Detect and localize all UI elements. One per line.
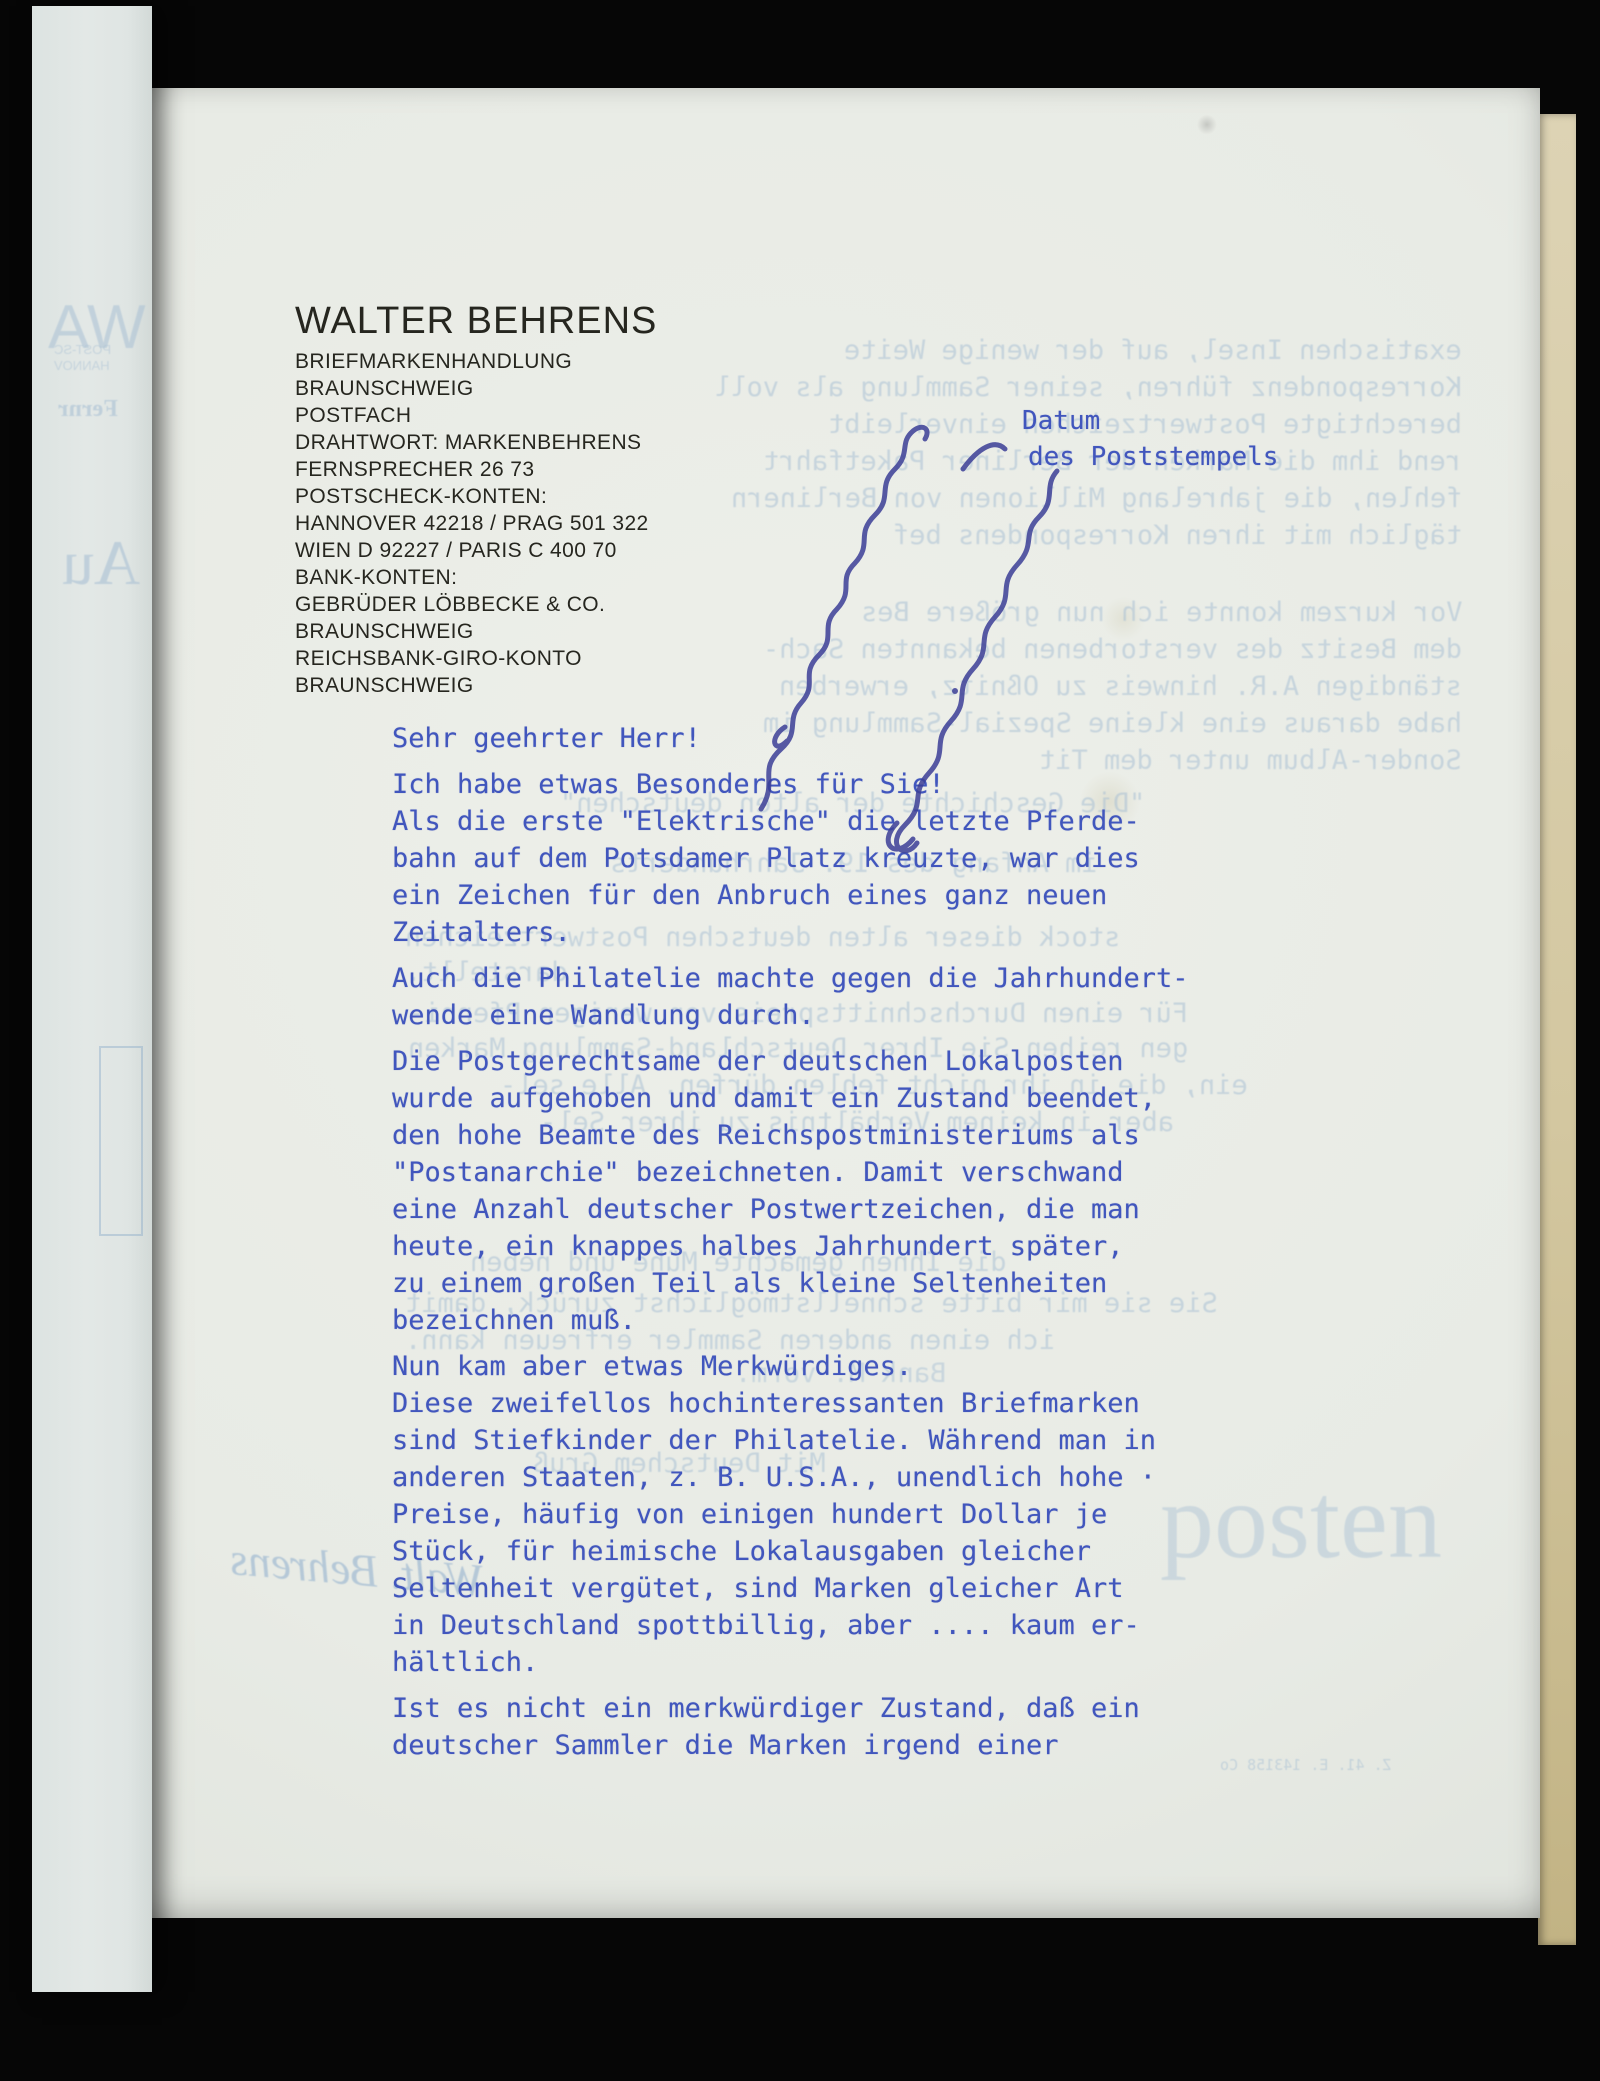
handwritten-annotation [727,373,1067,863]
letter-body: Sehr geehrter Herr!Ich habe etwas Besond… [392,720,1189,1764]
letterhead-line: POSTFACH [295,402,649,429]
letterhead-line: DRAHTWORT: MARKENBEHRENS [295,429,649,456]
left-page-edge: WAPOST-SCHANNOVFernrAu [32,6,152,1992]
letterhead-line: FERNSPRECHER 26 73 [295,456,649,483]
letter-body-line: Stück, für heimische Lokalausgaben gleic… [392,1533,1189,1570]
letterhead-line: BANK-KONTEN: [295,564,649,591]
letter-body-line: wende eine Wandlung durch. [392,997,1189,1034]
letter-body-line [392,1339,1189,1348]
letter-body-line: Auch die Philatelie machte gegen die Jah… [392,960,1189,997]
letter-body-line: Preise, häufig von einigen hundert Dolla… [392,1496,1189,1533]
ghost-text: POST-SC [54,342,111,357]
letter-body-line: heute, ein knappes halbes Jahrhundert sp… [392,1228,1189,1265]
letterhead-line: POSTSCHECK-KONTEN: [295,483,649,510]
letterhead-line: WIEN D 92227 / PARIS C 400 70 [295,537,649,564]
letter-body-line: sind Stiefkinder der Philatelie. Während… [392,1422,1189,1459]
letterhead-address-block: BRIEFMARKENHANDLUNGBRAUNSCHWEIGPOSTFACHD… [295,348,649,699]
letter-body-line [392,1681,1189,1690]
ghost-text: Fernr [58,396,118,423]
letterhead-line: GEBRÜDER LÖBBECKE & CO. [295,591,649,618]
letter-body-line: Ist es nicht ein merkwürdiger Zustand, d… [392,1690,1189,1727]
scanned-letter-background: WAPOST-SCHANNOVFernrAu exatischen Insel,… [0,0,1600,2081]
ghost-text: Z. 41. E. 143158 Co [1220,1756,1392,1774]
letter-body-line: in Deutschland spottbillig, aber .... ka… [392,1607,1189,1644]
ghost-frame-bleedthrough [99,1046,143,1236]
ghost-text: Au [62,526,140,600]
letterhead-line: BRAUNSCHWEIG [295,672,649,699]
letterhead-line: HANNOVER 42218 / PRAG 501 322 [295,510,649,537]
letterhead-line: BRAUNSCHWEIG [295,618,649,645]
letter-body-line: deutscher Sammler die Marken irgend eine… [392,1727,1189,1764]
letter-page: exatischen Insel, auf der wenige WeiteKo… [152,88,1540,1918]
letter-body-line: zu einem großen Teil als kleine Seltenhe… [392,1265,1189,1302]
letter-body-line [392,951,1189,960]
letter-body-line: eine Anzahl deutscher Postwertzeichen, d… [392,1191,1189,1228]
letter-body-line: anderen Staaten, z. B. U.S.A., unendlich… [392,1459,1189,1496]
letter-body-line: Nun kam aber etwas Merkwürdiges. [392,1348,1189,1385]
letter-body-line: den hohe Beamte des Reichspostministeriu… [392,1117,1189,1154]
letterhead-company-name: WALTER BEHRENS [295,300,657,343]
letterhead-line: BRAUNSCHWEIG [295,375,649,402]
letter-body-line: Die Postgerechtsame der deutschen Lokalp… [392,1043,1189,1080]
letterhead-line: REICHSBANK-GIRO-KONTO [295,645,649,672]
letter-body-line: hältlich. [392,1644,1189,1681]
letter-body-line: wurde aufgehoben und damit ein Zustand b… [392,1080,1189,1117]
letter-body-line: bezeichnen muß. [392,1302,1189,1339]
ghost-text: exatischen Insel, auf der wenige Weite [844,335,1462,366]
album-page-edge [1538,114,1576,1945]
letter-body-line [392,1034,1189,1043]
letter-body-line: Diese zweifellos hochinteressanten Brief… [392,1385,1189,1422]
letter-body-line: Seltenheit vergütet, sind Marken gleiche… [392,1570,1189,1607]
ghost-text: posten [1160,1460,1442,1584]
letterhead-line: BRIEFMARKENHANDLUNG [295,348,649,375]
ghost-text: HANNOV [54,358,110,373]
letter-body-line: Zeitalters. [392,914,1189,951]
letter-body-line: "Postanarchie" bezeichneten. Damit versc… [392,1154,1189,1191]
letter-body-line: ein Zeichen für den Anbruch eines ganz n… [392,877,1189,914]
